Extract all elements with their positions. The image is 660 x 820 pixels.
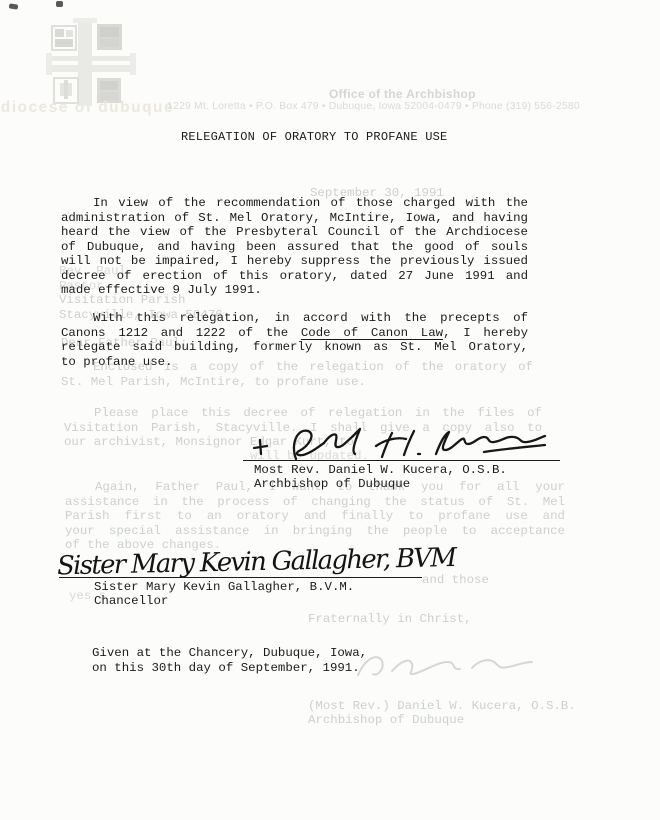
bleed-office-line: Office of the Archbishop	[329, 88, 476, 101]
logo-wordmark: archdiocese of dubuque	[0, 100, 174, 116]
paragraph-1: In view of the recommendation of those c…	[61, 196, 528, 298]
signature-line	[59, 577, 422, 579]
archdiocese-cross-logo-icon	[40, 10, 140, 110]
archbishop-signature-scrawl	[246, 421, 548, 463]
body-line: relegate said building, formerly known a…	[61, 340, 528, 355]
scan-speck	[56, 1, 63, 7]
bleed-signer-name: (Most Rev.) Daniel W. Kucera, O.S.B.	[308, 699, 576, 714]
cross-mark	[254, 440, 267, 454]
chancellor-signature-script: Sister Mary Kevin Gallagher, BVM	[54, 542, 474, 580]
bleed-signer-title: Archbishop of Dubuque	[308, 713, 464, 728]
body-line: to profane use.	[61, 355, 528, 370]
bleed-signature-scrawl	[352, 644, 537, 686]
closing-line: on this 30th day of September, 1991.	[92, 661, 367, 676]
code-of-canon-law-citation: Code of Canon Law	[301, 326, 443, 340]
closing-block: Given at the Chancery, Dubuque, Iowa, on…	[92, 646, 367, 676]
document-page: archdiocese of dubuque Office of the Arc…	[0, 0, 660, 820]
document-title: RELEGATION OF ORATORY TO PROFANE USE	[181, 130, 447, 145]
scan-speck	[9, 3, 19, 9]
bleed-text-line: assistance in the process of changing th…	[65, 495, 565, 510]
chancellor-title: Chancellor	[94, 594, 168, 609]
paragraph-2: With this relegation, in accord with the…	[61, 311, 528, 369]
body-line: of Dubuque, and having been assured that…	[61, 240, 528, 255]
body-line: administration of St. Mel Oratory, McInt…	[61, 211, 528, 226]
bleed-text-line: your special assistance in bringing the …	[65, 524, 565, 539]
archbishop-name: Most Rev. Daniel W. Kucera, O.S.B.	[254, 463, 507, 478]
body-line: will not be impaired, I hereby suppress …	[61, 254, 528, 269]
body-text: Canons 1212 and 1222 of the	[61, 326, 301, 340]
bleed-valediction: Fraternally in Christ,	[308, 612, 472, 627]
bleed-address-line: 1229 Mt. Loretta • P.O. Box 479 • Dubuqu…	[167, 101, 580, 113]
body-line: With this relegation, in accord with the…	[61, 311, 528, 326]
body-line: heard the view of the Presbyteral Counci…	[61, 225, 528, 240]
body-line: made effective 9 July 1991.	[61, 283, 528, 298]
body-text: , I hereby	[443, 326, 528, 340]
body-line: Canons 1212 and 1222 of the Code of Cano…	[61, 326, 528, 341]
body-line: decree of erection of this oratory, date…	[61, 269, 528, 284]
archbishop-title: Archbishop of Dubuque	[254, 477, 410, 492]
signature-line	[243, 460, 560, 462]
chancellor-script-text: Sister Mary Kevin Gallagher, BVM	[57, 543, 459, 580]
bleed-text-line: Please place this decree of relegation i…	[64, 406, 542, 421]
closing-line: Given at the Chancery, Dubuque, Iowa,	[92, 646, 367, 661]
body-line: In view of the recommendation of those c…	[61, 196, 528, 211]
chancellor-name: Sister Mary Kevin Gallagher, B.V.M.	[94, 580, 354, 595]
bleed-text-line: St. Mel Parish, McIntire, to profane use…	[61, 375, 533, 390]
bleed-text-line: Parish first to an oratory and finally t…	[65, 509, 565, 524]
